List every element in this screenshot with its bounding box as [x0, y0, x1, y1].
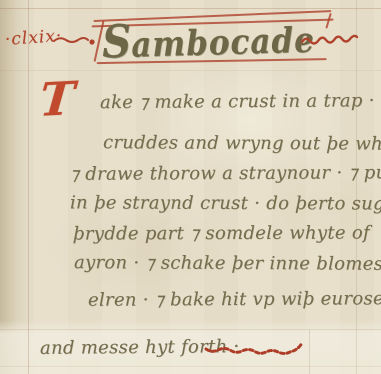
- ruling-line-right-margin: [356, 0, 357, 374]
- recipe-line: cruddes and wryng out þe wheyȝe: [103, 131, 381, 157]
- ruling-line-bottom: [0, 366, 381, 367]
- closing-squiggle-flourish-icon: [204, 338, 314, 358]
- manuscript-page: ·clxix· Sambocade T ake ⁊ make a crust i…: [0, 0, 381, 374]
- folio-dash-flourish-icon: [52, 33, 96, 49]
- recipe-line: in þe straynd crust · do þerto sugur þe: [70, 191, 381, 216]
- ruling-line-left-margin: [28, 0, 29, 374]
- recipe-line: þrydde part ⁊ somdele whyte of: [73, 221, 370, 246]
- recipe-line: ake ⁊ make a crust in a trap · ⁊ tak: [100, 89, 381, 115]
- ruling-line-top: [0, 8, 381, 9]
- recipe-line: elren · ⁊ bake hit vp wiþ eurose: [88, 287, 381, 313]
- recipe-line: ayron · ⁊ schake þer inne blomes of: [74, 251, 381, 277]
- drop-initial: T: [38, 75, 76, 123]
- title-squiggle-flourish-icon: [300, 34, 358, 48]
- recipe-line: ⁊ drawe thorow a straynour · ⁊ put: [70, 161, 381, 187]
- ruling-line-lower: [0, 329, 381, 330]
- recipe-title: Sambocade: [101, 13, 332, 69]
- ruling-line-under-title: [0, 70, 381, 71]
